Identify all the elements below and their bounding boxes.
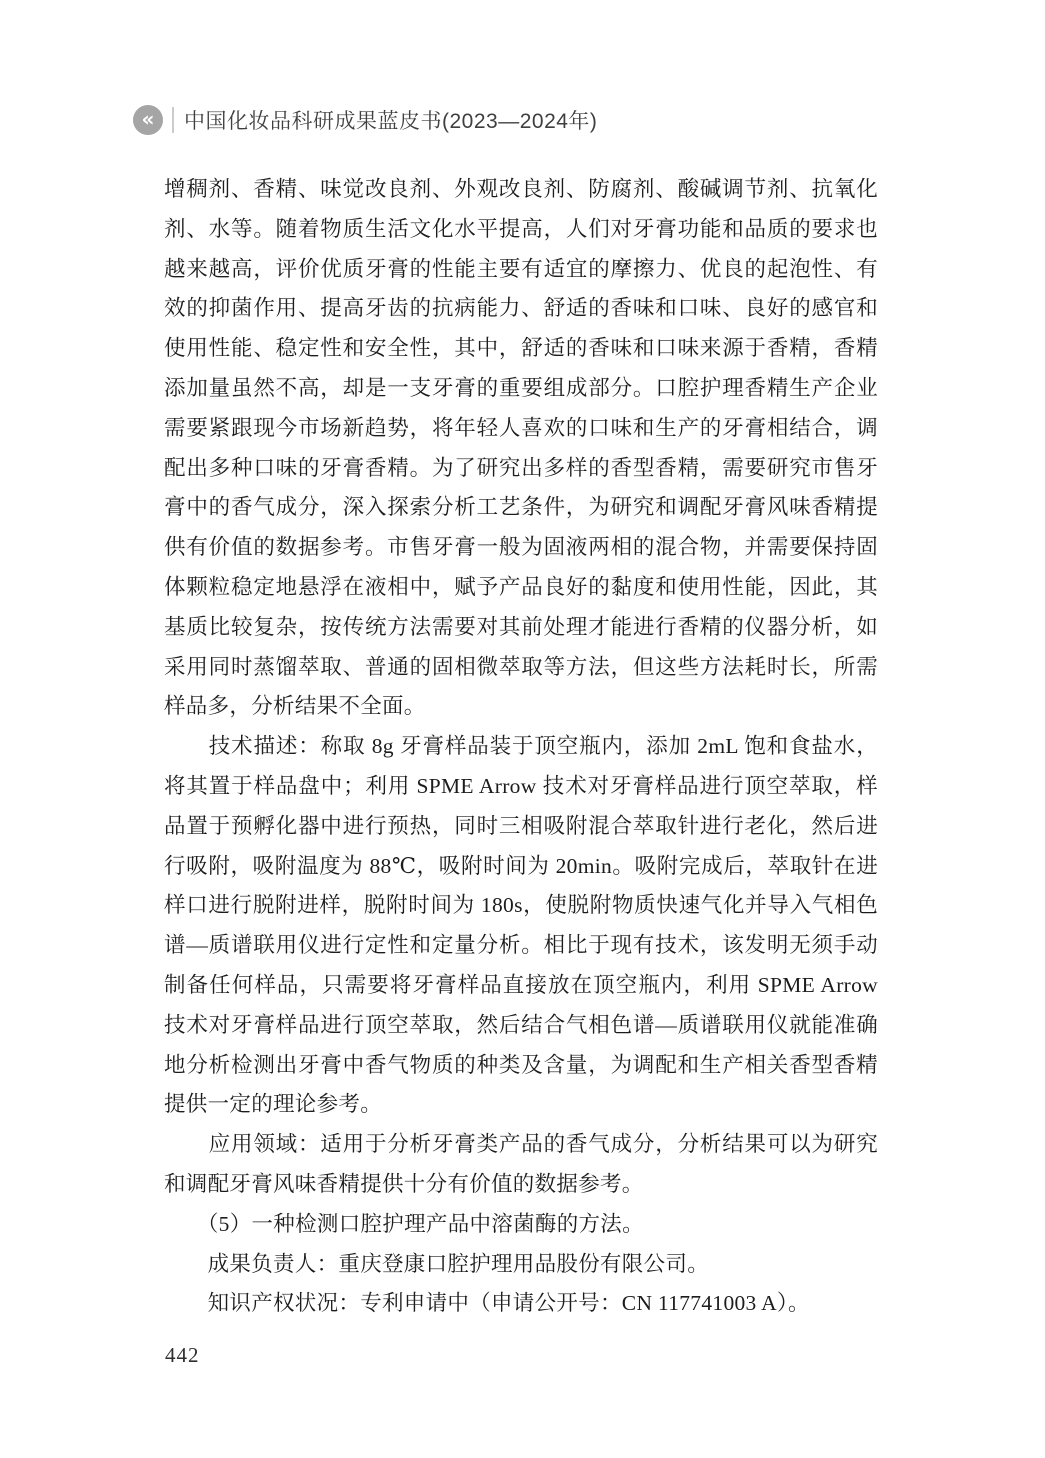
text-line: 体颗粒稳定地悬浮在液相中，赋予产品良好的黏度和使用性能，因此，其 (164, 568, 878, 608)
text-line: 配出多种口味的牙膏香精。为了研究出多样的香型香精，需要研究市售牙 (164, 449, 878, 489)
text-line: 成果负责人：重庆登康口腔护理用品股份有限公司。 (164, 1245, 878, 1285)
text-line: 将其置于样品盘中；利用 SPME Arrow 技术对牙膏样品进行顶空萃取，样 (164, 767, 878, 807)
text-line: 供有价值的数据参考。市售牙膏一般为固液两相的混合物，并需要保持固 (164, 528, 878, 568)
book-title: 中国化妆品科研成果蓝皮书(2023—2024年) (184, 105, 597, 135)
book-page: « 中国化妆品科研成果蓝皮书(2023—2024年) 增稠剂、香精、味觉改良剂、… (0, 0, 1045, 1458)
text-line: 行吸附，吸附温度为 88℃，吸附时间为 20min。吸附完成后，萃取针在进 (164, 847, 878, 887)
text-line: 使用性能、稳定性和安全性，其中，舒适的香味和口味来源于香精，香精 (164, 329, 878, 369)
double-chevron-left-icon: « (133, 105, 163, 135)
text-line: 地分析检测出牙膏中香气物质的种类及含量，为调配和生产相关香型香精 (164, 1046, 878, 1086)
text-line: 样口进行脱附进样，脱附时间为 180s，使脱附物质快速气化并导入气相色 (164, 886, 878, 926)
text-line: 谱—质谱联用仪进行定性和定量分析。相比于现有技术，该发明无须手动 (164, 926, 878, 966)
text-line: 增稠剂、香精、味觉改良剂、外观改良剂、防腐剂、酸碱调节剂、抗氧化 (164, 170, 878, 210)
text-line: 剂、水等。随着物质生活文化水平提高，人们对牙膏功能和品质的要求也 (164, 210, 878, 250)
header-divider (172, 107, 174, 133)
page-header: « 中国化妆品科研成果蓝皮书(2023—2024年) (133, 105, 597, 135)
text-line: 知识产权状况：专利申请中（申请公开号：CN 117741003 A）。 (164, 1284, 878, 1324)
text-line: 基质比较复杂，按传统方法需要对其前处理才能进行香精的仪器分析，如 (164, 608, 878, 648)
text-line: 品置于预孵化器中进行预热，同时三相吸附混合萃取针进行老化，然后进 (164, 807, 878, 847)
page-number: 442 (165, 1342, 200, 1368)
text-line: （5）一种检测口腔护理产品中溶菌酶的方法。 (164, 1205, 878, 1245)
text-line: 效的抑菌作用、提高牙齿的抗病能力、舒适的香味和口味、良好的感官和 (164, 289, 878, 329)
text-line: 制备任何样品，只需要将牙膏样品直接放在顶空瓶内，利用 SPME Arrow (164, 966, 878, 1006)
text-line: 需要紧跟现今市场新趋势，将年轻人喜欢的口味和生产的牙膏相结合，调 (164, 409, 878, 449)
text-line: 和调配牙膏风味香精提供十分有价值的数据参考。 (164, 1165, 878, 1205)
text-line: 膏中的香气成分，深入探索分析工艺条件，为研究和调配牙膏风味香精提 (164, 488, 878, 528)
text-line: 越来越高，评价优质牙膏的性能主要有适宜的摩擦力、优良的起泡性、有 (164, 250, 878, 290)
text-line: 技术对牙膏样品进行顶空萃取，然后结合气相色谱—质谱联用仪就能准确 (164, 1006, 878, 1046)
text-line: 采用同时蒸馏萃取、普通的固相微萃取等方法，但这些方法耗时长，所需 (164, 648, 878, 688)
text-line: 应用领域：适用于分析牙膏类产品的香气成分，分析结果可以为研究 (164, 1125, 878, 1165)
text-line: 技术描述：称取 8g 牙膏样品装于顶空瓶内，添加 2mL 饱和食盐水， (164, 727, 878, 767)
text-line: 样品多，分析结果不全面。 (164, 687, 878, 727)
body-text: 增稠剂、香精、味觉改良剂、外观改良剂、防腐剂、酸碱调节剂、抗氧化剂、水等。随着物… (164, 170, 878, 1324)
text-line: 添加量虽然不高，却是一支牙膏的重要组成部分。口腔护理香精生产企业 (164, 369, 878, 409)
text-line: 提供一定的理论参考。 (164, 1085, 878, 1125)
